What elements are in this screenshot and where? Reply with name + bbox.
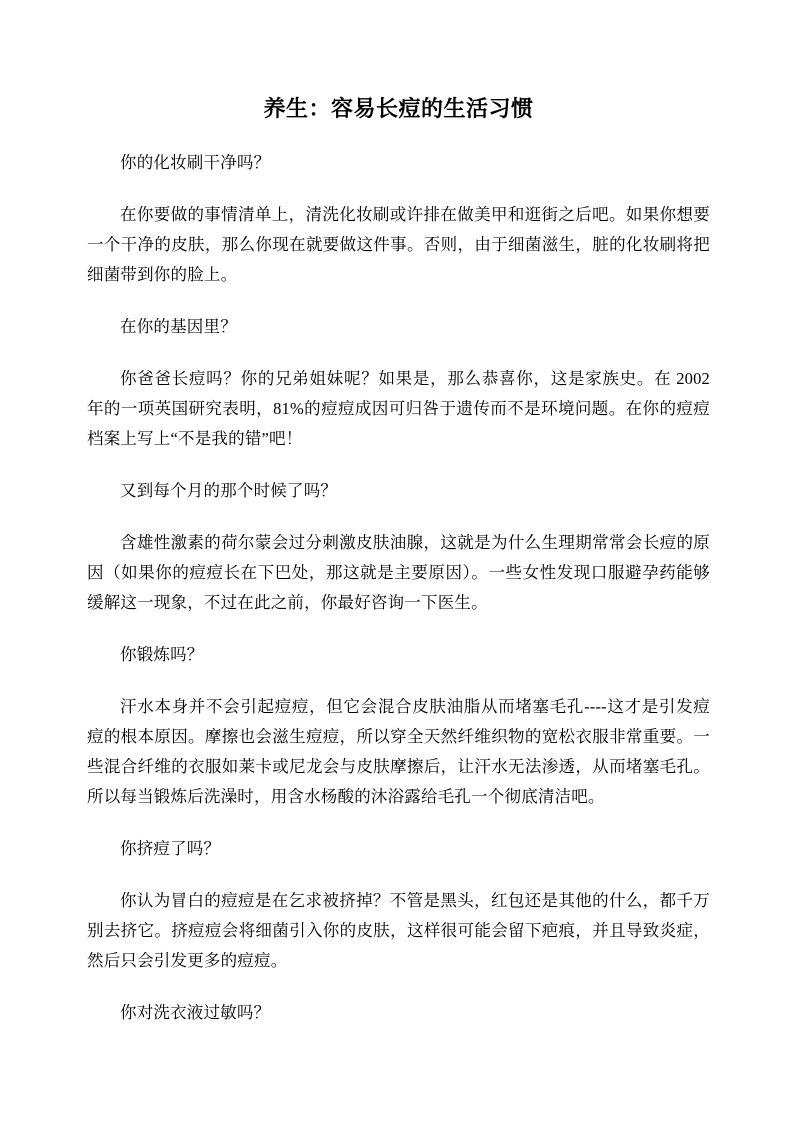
- section-heading: 你锻炼吗？: [87, 640, 710, 670]
- document-page: 养生：容易长痘的生活习惯 你的化妆刷干净吗？ 在你要做的事情清单上，清洗化妆刷或…: [0, 0, 793, 1122]
- section-paragraph: 你认为冒白的痘痘是在乞求被挤掉？不管是黑头，红包还是其他的什么，都千万别去挤它。…: [87, 886, 710, 976]
- section-paragraph: 在你要做的事情清单上，清洗化妆刷或许排在做美甲和逛街之后吧。如果你想要一个干净的…: [87, 200, 710, 290]
- section-heading: 你挤痘了吗？: [87, 834, 710, 864]
- section-heading: 在你的基因里？: [87, 312, 710, 342]
- section-exercise: 你锻炼吗？ 汗水本身并不会引起痘痘，但它会混合皮肤油脂从而堵塞毛孔----这才是…: [87, 640, 710, 812]
- section-paragraph: 含雄性激素的荷尔蒙会过分刺激皮肤油腺，这就是为什么生理期常常会长痘的原因（如果你…: [87, 528, 710, 618]
- section-heading: 又到每个月的那个时候了吗？: [87, 476, 710, 506]
- section-paragraph: 汗水本身并不会引起痘痘，但它会混合皮肤油脂从而堵塞毛孔----这才是引发痘痘的根…: [87, 692, 710, 812]
- section-laundry-detergent: 你对洗衣液过敏吗？: [87, 998, 710, 1028]
- section-makeup-brush: 你的化妆刷干净吗？ 在你要做的事情清单上，清洗化妆刷或许排在做美甲和逛街之后吧。…: [87, 148, 710, 290]
- section-heading: 你的化妆刷干净吗？: [87, 148, 710, 178]
- document-title: 养生：容易长痘的生活习惯: [87, 91, 710, 126]
- section-paragraph: 你爸爸长痘吗？你的兄弟姐妹呢？如果是，那么恭喜你，这是家族史。在 2002 年的…: [87, 364, 710, 454]
- section-monthly-period: 又到每个月的那个时候了吗？ 含雄性激素的荷尔蒙会过分刺激皮肤油腺，这就是为什么生…: [87, 476, 710, 618]
- section-heading: 你对洗衣液过敏吗？: [87, 998, 710, 1028]
- section-squeeze-pimple: 你挤痘了吗？ 你认为冒白的痘痘是在乞求被挤掉？不管是黑头，红包还是其他的什么，都…: [87, 834, 710, 976]
- section-genes: 在你的基因里？ 你爸爸长痘吗？你的兄弟姐妹呢？如果是，那么恭喜你，这是家族史。在…: [87, 312, 710, 454]
